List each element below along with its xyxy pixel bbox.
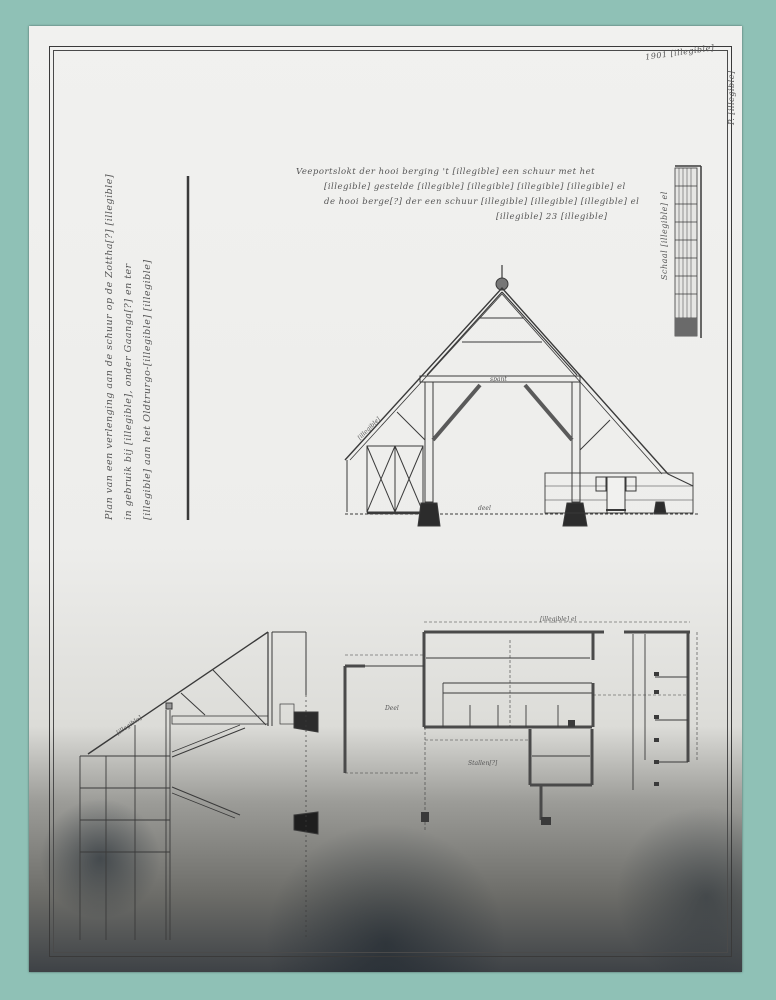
- side-roof-annotation: [illegible]: [115, 714, 144, 736]
- scale-bar: [675, 166, 701, 338]
- plan-room-label: Stallen[?]: [468, 760, 498, 767]
- plan-dim-label: [illegible] el: [540, 616, 577, 623]
- barn-cross-section: spant deel: [345, 265, 700, 526]
- drawing-canvas: spant deel: [0, 0, 776, 1000]
- plan-room-label: Deel: [384, 705, 399, 712]
- side-section: [80, 632, 318, 940]
- svg-text:deel: deel: [478, 505, 491, 512]
- svg-text:spant: spant: [490, 376, 507, 383]
- floor-plan: [illegible] el Deel Stallen[?]: [345, 616, 697, 830]
